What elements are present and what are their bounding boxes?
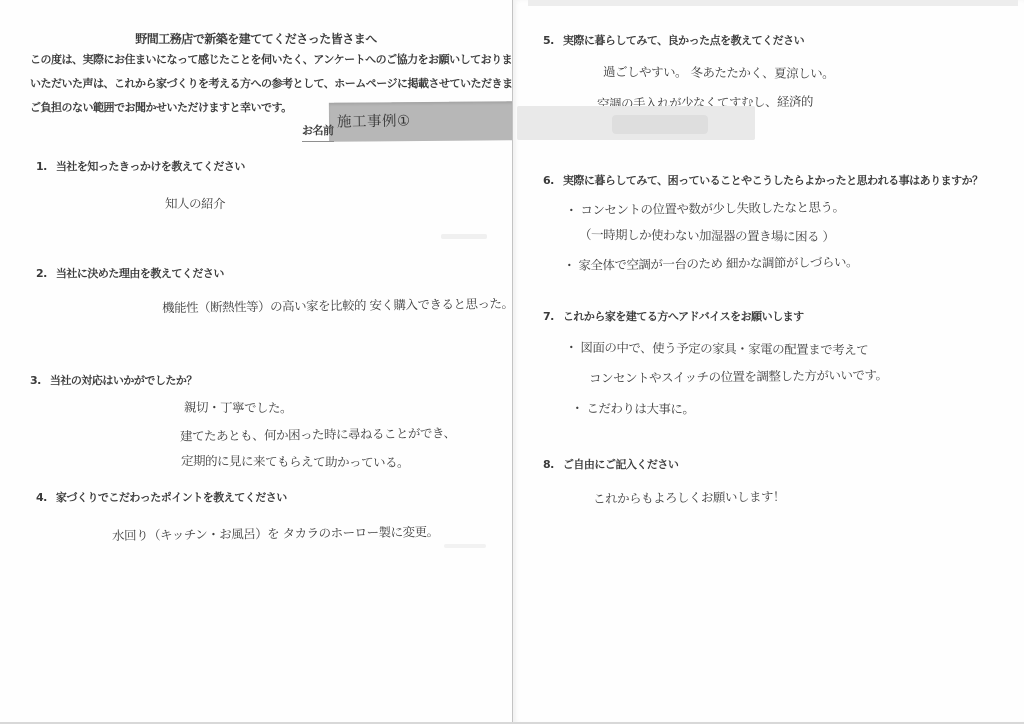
page-right: 5.実際に暮らしてみて、良かった点を教えてください 過ごしやすい。 冬あたたかく… [513, 0, 1024, 724]
question-1-number: 1. [36, 160, 47, 173]
question-3-label: 当社の対応はいかがでしたか？ [50, 374, 197, 387]
name-label: お名前 [302, 122, 334, 142]
scan-smudge-icon [444, 544, 486, 548]
answer-6-line-1: ・ コンセントの位置や数が少し失敗したなと思う。 [565, 197, 845, 218]
scan-blotch-inner-icon [612, 115, 708, 134]
question-1: 1.当社を知ったきっかけを教えてください [36, 158, 245, 174]
answer-6-line-2: （一時期しか使わない加湿器の置き場に困る ） [579, 225, 835, 245]
scan-smudge-icon [441, 234, 487, 239]
scanned-survey-document: 野間工務店で新築を建ててくださった皆さまへ この度は、実際にお住まいになって感じ… [0, 0, 1024, 724]
scan-blotch-icon [517, 106, 755, 140]
answer-6-line-3: ・ 家全体で空調が一台のため 細かな調節がしづらい。 [563, 252, 858, 274]
question-5-label: 実際に暮らしてみて、良かった点を教えてください [563, 34, 804, 47]
answer-4-line-1: 水回り（キッチン・お風呂）を タカラのホーロー製に変更。 [112, 522, 439, 544]
question-3: 3.当社の対応はいかがでしたか？ [30, 372, 197, 388]
answer-7-line-3: ・ こだわりは大事に。 [571, 398, 695, 417]
answer-7-line-1: ・ 図面の中で、使う予定の家具・家電の配置まで考えて [565, 338, 868, 359]
question-7: 7.これから家を建てる方へアドバイスをお願いします [543, 308, 804, 324]
handwritten-name: 施工事例① [337, 109, 411, 131]
question-6-label: 実際に暮らしてみて、困っていることやこうしたらよかったと思われる事はありますか？ [563, 174, 983, 187]
question-4-label: 家づくりでこだわったポイントを教えてください [56, 491, 287, 504]
question-7-label: これから家を建てる方へアドバイスをお願いします [563, 310, 804, 323]
intro-line-3: ご負担のない範囲でお聞かせいただけますと幸いです。 [30, 99, 292, 115]
question-2: 2.当社に決めた理由を教えてください [36, 265, 224, 281]
question-3-number: 3. [30, 374, 41, 387]
page-divider [512, 0, 513, 724]
question-6-number: 6. [543, 174, 554, 187]
answer-3-line-3: 定期的に見に来てもらえて助かっている。 [181, 451, 409, 471]
scan-streak-icon [528, 0, 1018, 6]
question-1-label: 当社を知ったきっかけを教えてください [56, 160, 245, 173]
question-5: 5.実際に暮らしてみて、良かった点を教えてください [543, 32, 804, 48]
answer-1-line-1: 知人の紹介 [165, 194, 225, 213]
question-2-number: 2. [36, 267, 47, 280]
question-7-number: 7. [543, 310, 554, 323]
answer-7-line-2: コンセントやスイッチの位置を調整した方がいいです。 [589, 365, 888, 387]
answer-3-line-1: 親切・丁寧でした。 [184, 398, 292, 417]
answer-8-line-1: これからもよろしくお願いします！ [593, 487, 785, 507]
question-8-number: 8. [543, 458, 554, 471]
question-4: 4.家づくりでこだわったポイントを教えてください [36, 489, 287, 505]
page-title: 野間工務店で新築を建ててくださった皆さまへ [0, 30, 512, 47]
question-8-label: ご自由にご記入ください [563, 458, 679, 471]
intro-line-1: この度は、実際にお住まいになって感じたことを伺いたく、アンケートへのご協力をお願… [30, 51, 532, 67]
answer-5-line-1: 過ごしやすい。 冬あたたかく、夏涼しい。 [603, 62, 834, 82]
intro-line-2: いただいた声は、これから家づくりを考える方への参考として、ホームページに掲載させ… [30, 75, 533, 91]
question-8: 8.ご自由にご記入ください [543, 456, 678, 472]
question-6: 6.実際に暮らしてみて、困っていることやこうしたらよかったと思われる事はあります… [543, 172, 983, 188]
answer-2-line-1: 機能性（断熱性等）の高い家を比較的 安く購入できると思った。 [162, 294, 514, 316]
page-left: 野間工務店で新築を建ててくださった皆さまへ この度は、実際にお住まいになって感じ… [0, 0, 512, 724]
question-2-label: 当社に決めた理由を教えてください [56, 267, 224, 280]
question-5-number: 5. [543, 34, 554, 47]
answer-3-line-2: 建てたあとも、何か困った時に尋ねることができ、 [180, 423, 456, 444]
question-4-number: 4. [36, 491, 47, 504]
